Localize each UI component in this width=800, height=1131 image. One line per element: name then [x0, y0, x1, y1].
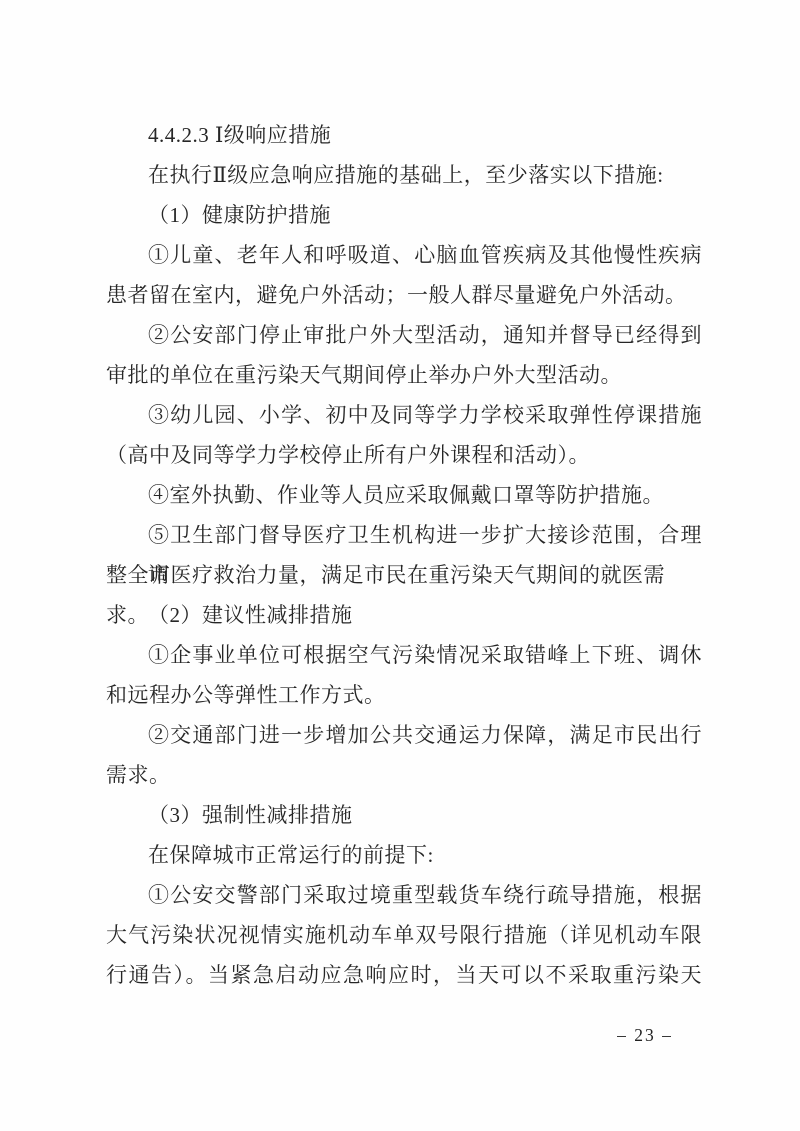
page-number: – 23 – [601, 1022, 689, 1048]
text-line: 患者留在室内，避免户外活动；一般人群尽量避免户外活动。 [106, 275, 702, 315]
text-line: ②公安部门停止审批户外大型活动，通知并督导已经得到 [106, 315, 702, 355]
text-line: ①儿童、老年人和呼吸道、心脑血管疾病及其他慢性疾病 [106, 235, 702, 275]
text-line: 4.4.2.3 Ⅰ级响应措施 [106, 115, 702, 155]
text-line: 和远程办公等弹性工作方式。 [106, 675, 702, 715]
text-line: 整全市医疗救治力量，满足市民在重污染天气期间的就医需求。 [106, 555, 702, 595]
text-line: （高中及同等学力学校停止所有户外课程和活动）。 [106, 435, 702, 475]
text-line: （3）强制性减排措施 [106, 795, 702, 835]
body-text: 4.4.2.3 Ⅰ级响应措施在执行Ⅱ级应急响应措施的基础上，至少落实以下措施:（… [106, 115, 702, 995]
text-line: 行通告）。当紧急启动应急响应时，当天可以不采取重污染天 [106, 955, 702, 995]
text-line: ①公安交警部门采取过境重型载货车绕行疏导措施，根据 [106, 875, 702, 915]
text-line: 大气污染状况视情实施机动车单双号限行措施（详见机动车限 [106, 915, 702, 955]
text-line: ⑤卫生部门督导医疗卫生机构进一步扩大接诊范围，合理调 [106, 515, 702, 555]
text-line: 审批的单位在重污染天气期间停止举办户外大型活动。 [106, 355, 702, 395]
document-page: 4.4.2.3 Ⅰ级响应措施在执行Ⅱ级应急响应措施的基础上，至少落实以下措施:（… [0, 0, 800, 1131]
text-line: ②交通部门进一步增加公共交通运力保障，满足市民出行 [106, 715, 702, 755]
text-line: （1）健康防护措施 [106, 195, 702, 235]
text-line: 在执行Ⅱ级应急响应措施的基础上，至少落实以下措施: [106, 155, 702, 195]
text-line: 需求。 [106, 755, 702, 795]
text-line: ①企事业单位可根据空气污染情况采取错峰上下班、调休 [106, 635, 702, 675]
text-line: ③幼儿园、小学、初中及同等学力学校采取弹性停课措施 [106, 395, 702, 435]
text-line: 在保障城市正常运行的前提下: [106, 835, 702, 875]
text-line: （2）建议性减排措施 [106, 595, 702, 635]
text-line: ④室外执勤、作业等人员应采取佩戴口罩等防护措施。 [106, 475, 702, 515]
